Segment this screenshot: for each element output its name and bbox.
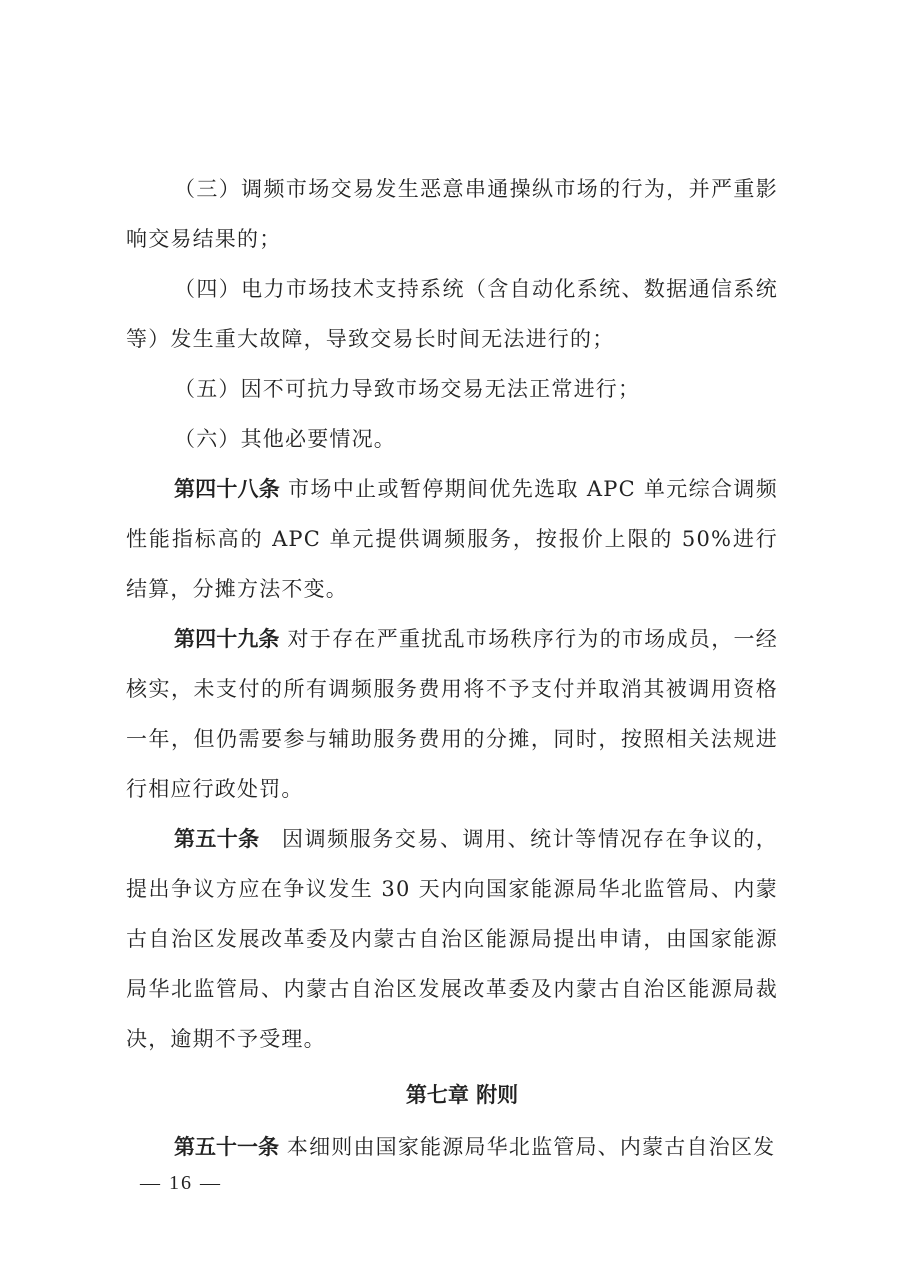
list-item-3: （三）调频市场交易发生恶意串通操纵市场的行为，并严重影响交易结果的； — [126, 164, 778, 264]
article-51-body: 本细则由国家能源局华北监管局、内蒙古自治区发 — [279, 1135, 775, 1159]
article-50-body: 因调频服务交易、调用、统计等情况存在争议的，提出争议方应在争议发生 30 天内向… — [126, 827, 778, 1051]
article-50: 第五十条 因调频服务交易、调用、统计等情况存在争议的，提出争议方应在争议发生 3… — [126, 814, 778, 1064]
article-51: 第五十一条 本细则由国家能源局华北监管局、内蒙古自治区发 — [126, 1122, 778, 1172]
document-page: （三）调频市场交易发生恶意串通操纵市场的行为，并严重影响交易结果的； （四）电力… — [126, 164, 778, 1172]
article-51-title: 第五十一条 — [174, 1135, 279, 1159]
article-49-title: 第四十九条 — [174, 627, 280, 651]
article-48-title: 第四十八条 — [174, 477, 280, 501]
chapter-heading: 第七章 附则 — [126, 1068, 778, 1122]
page-number: — 16 — — [140, 1172, 222, 1195]
article-48: 第四十八条 市场中止或暂停期间优先选取 APC 单元综合调频性能指标高的 APC… — [126, 464, 778, 614]
list-item-4: （四）电力市场技术支持系统（含自动化系统、数据通信系统等）发生重大故障，导致交易… — [126, 264, 778, 364]
list-item-6: （六）其他必要情况。 — [126, 414, 778, 464]
article-50-title: 第五十条 — [174, 827, 259, 851]
list-item-5: （五）因不可抗力导致市场交易无法正常进行； — [126, 364, 778, 414]
article-49: 第四十九条 对于存在严重扰乱市场秩序行为的市场成员，一经核实，未支付的所有调频服… — [126, 614, 778, 814]
article-49-body: 对于存在严重扰乱市场秩序行为的市场成员，一经核实，未支付的所有调频服务费用将不予… — [126, 627, 778, 801]
